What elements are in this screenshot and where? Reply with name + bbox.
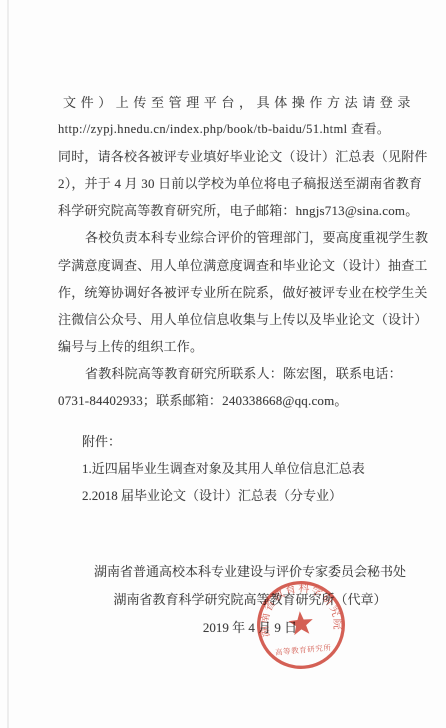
attachments-list: 1.近四届毕业生调查对象及其用人单位信息汇总表2.2018 届毕业论文（设计）汇…: [58, 455, 424, 509]
attachment-item: 2.2018 届毕业论文（设计）汇总表（分专业）: [58, 482, 424, 509]
signature-block: 湖南省普通高校本科专业建设与评价专家委员会秘书处 湖南省教育科学研究院高等教育研…: [55, 558, 445, 642]
attachments-label: 附件：: [58, 428, 424, 455]
attachment-item: 1.近四届毕业生调查对象及其用人单位信息汇总表: [58, 455, 424, 482]
paragraph-line: 各校负责本科专业综合评价的管理部门，要高度重视学生教: [58, 224, 424, 251]
paragraph-line: 0731-84402933；联系邮箱：240338668@qq.com。: [58, 387, 424, 414]
paragraph-line: 注微信公众号、用人单位信息收集与上传以及毕业论文（设计）: [58, 306, 424, 333]
scanned-document-page: 文件）上传至管理平台，具体操作方法请登录http://zypj.hnedu.cn…: [0, 0, 446, 728]
paragraph-line: 学满意度调查、用人单位满意度调查和毕业论文（设计）抽查工: [58, 252, 424, 279]
document-body-text: 文件）上传至管理平台，具体操作方法请登录http://zypj.hnedu.cn…: [58, 89, 424, 414]
paragraph-line: http://zypj.hnedu.cn/index.php/book/tb-b…: [58, 116, 424, 143]
signature-line-committee: 湖南省普通高校本科专业建设与评价专家委员会秘书处: [55, 558, 445, 586]
paragraph-line: 科学研究院高等教育研究所，电子邮箱：hngjs713@sina.com。: [58, 197, 424, 224]
paragraph-line: 文件）上传至管理平台，具体操作方法请登录: [58, 89, 424, 116]
attachments-block: 附件： 1.近四届毕业生调查对象及其用人单位信息汇总表2.2018 届毕业论文（…: [58, 428, 424, 509]
signature-line-institute: 湖南省教育科学研究院高等教育研究所（代章）: [55, 586, 445, 614]
scan-edge-artifact: [7, 0, 9, 728]
paragraph-line: 省教科院高等教育研究所联系人：陈宏图，联系电话：: [58, 360, 424, 387]
paragraph-line: 作，统筹协调好各被评专业所在院系，做好被评专业在校学生关: [58, 279, 424, 306]
paragraph-line: 同时，请各校各被评专业填好毕业论文（设计）汇总表（见附件: [58, 143, 424, 170]
seal-bottom-text: 高等教育研究所: [275, 642, 332, 657]
signature-date: 2019 年 4 月 9 日: [55, 614, 445, 642]
paragraph-line: 2），并于 4 月 30 日前以学校为单位将电子稿报送至湖南省教育: [58, 170, 424, 197]
paragraph-line: 编号与上传的组织工作。: [58, 333, 424, 360]
